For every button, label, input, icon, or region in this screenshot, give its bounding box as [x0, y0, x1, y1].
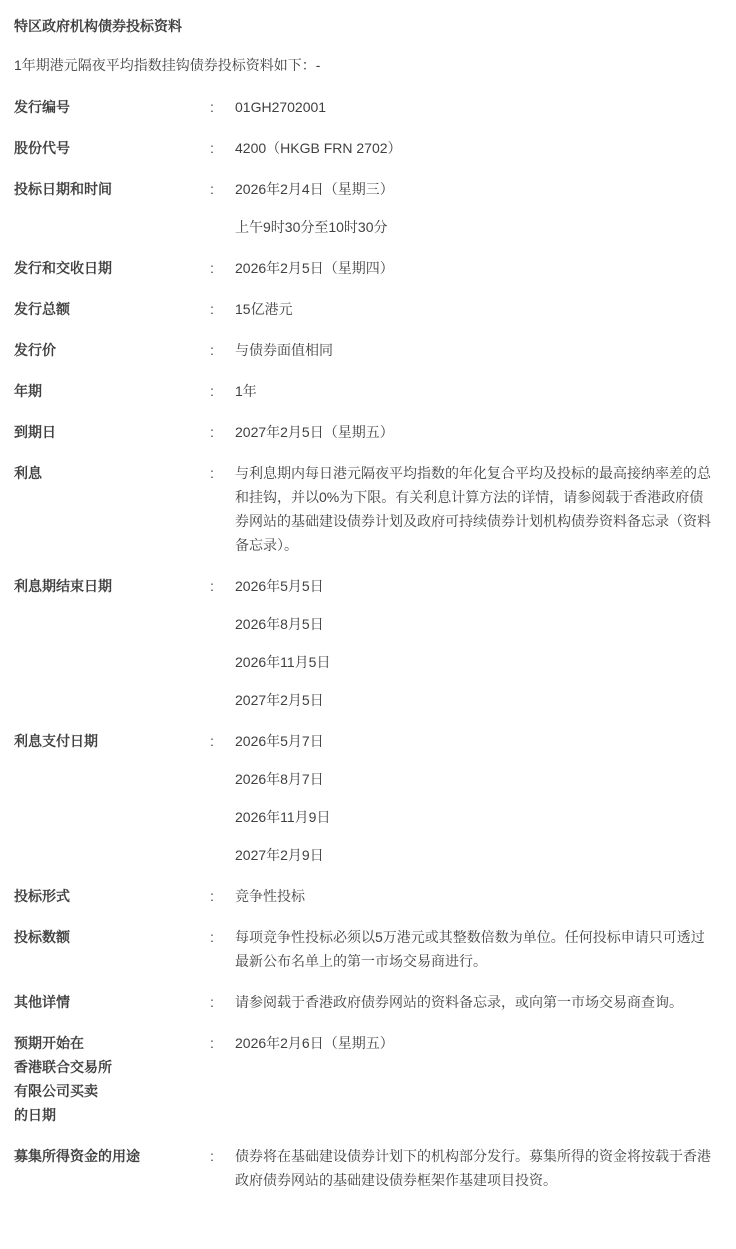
- field-value: 2026年2月4日（星期三） 上午9时30分至10时30分: [235, 177, 716, 239]
- field-value-line: 竞争性投标: [235, 884, 716, 908]
- field-value: 2026年2月6日（星期五）: [235, 1031, 716, 1055]
- field-separator: :: [210, 338, 235, 362]
- field-label: 发行价: [14, 338, 210, 362]
- field-value-line: 与债券面值相同: [235, 338, 716, 362]
- field-value: 1年: [235, 379, 716, 403]
- field-row-issue-amount: 发行总额 : 15亿港元: [14, 297, 716, 321]
- field-separator: :: [210, 420, 235, 444]
- field-value-line: 2026年5月7日: [235, 729, 716, 753]
- field-value: 2026年5月5日 2026年8月5日 2026年11月5日 2027年2月5日: [235, 574, 716, 712]
- field-value-line: 2027年2月5日: [235, 688, 716, 712]
- field-value: 2026年2月5日（星期四）: [235, 256, 716, 280]
- field-separator: :: [210, 136, 235, 160]
- field-separator: :: [210, 177, 235, 201]
- intro-text: 1年期港元隔夜平均指数挂钩债券投标资料如下：-: [14, 53, 716, 77]
- field-value-line: 与利息期内每日港元隔夜平均指数的年化复合平均及投标的最高接纳率差的总和挂钩，并以…: [235, 461, 716, 557]
- field-row-stock-code: 股份代号 : 4200（HKGB FRN 2702）: [14, 136, 716, 160]
- field-value-line: 上午9时30分至10时30分: [235, 215, 716, 239]
- field-separator: :: [210, 884, 235, 908]
- field-label: 投标日期和时间: [14, 177, 210, 201]
- field-label: 利息支付日期: [14, 729, 210, 753]
- field-value: 2027年2月5日（星期五）: [235, 420, 716, 444]
- field-separator: :: [210, 729, 235, 753]
- field-row-tender-date-time: 投标日期和时间 : 2026年2月4日（星期三） 上午9时30分至10时30分: [14, 177, 716, 239]
- field-label: 到期日: [14, 420, 210, 444]
- field-separator: :: [210, 256, 235, 280]
- field-label: 发行和交收日期: [14, 256, 210, 280]
- field-label: 预期开始在 香港联合交易所 有限公司买卖 的日期: [14, 1031, 210, 1127]
- field-value-line: 15亿港元: [235, 297, 716, 321]
- field-value-line: 每项竞争性投标必须以5万港元或其整数倍数为单位。任何投标申请只可透过最新公布名单…: [235, 925, 716, 973]
- field-separator: :: [210, 461, 235, 485]
- field-separator: :: [210, 379, 235, 403]
- field-value: 请参阅载于香港政府债券网站的资料备忘录，或向第一市场交易商查询。: [235, 990, 716, 1014]
- field-row-tender-format: 投标形式 : 竞争性投标: [14, 884, 716, 908]
- field-separator: :: [210, 297, 235, 321]
- field-label: 股份代号: [14, 136, 210, 160]
- field-separator: :: [210, 95, 235, 119]
- field-label: 投标数额: [14, 925, 210, 949]
- field-separator: :: [210, 574, 235, 598]
- field-label: 利息期结束日期: [14, 574, 210, 598]
- field-row-interest-payment-dates: 利息支付日期 : 2026年5月7日 2026年8月7日 2026年11月9日 …: [14, 729, 716, 867]
- field-label: 投标形式: [14, 884, 210, 908]
- field-row-expected-listing-date: 预期开始在 香港联合交易所 有限公司买卖 的日期 : 2026年2月6日（星期五…: [14, 1031, 716, 1127]
- bond-tender-document: 特区政府机构债券投标资料 1年期港元隔夜平均指数挂钩债券投标资料如下：- 发行编…: [0, 0, 736, 1249]
- field-separator: :: [210, 990, 235, 1014]
- field-value-line: 2027年2月9日: [235, 843, 716, 867]
- field-value: 01GH2702001: [235, 95, 716, 119]
- field-row-tenor: 年期 : 1年: [14, 379, 716, 403]
- field-value-line: 01GH2702001: [235, 95, 716, 119]
- field-value: 与利息期内每日港元隔夜平均指数的年化复合平均及投标的最高接纳率差的总和挂钩，并以…: [235, 461, 716, 557]
- field-value-line: 2026年5月5日: [235, 574, 716, 598]
- field-row-use-of-proceeds: 募集所得资金的用途 : 债券将在基础建设债券计划下的机构部分发行。募集所得的资金…: [14, 1144, 716, 1192]
- field-separator: :: [210, 1144, 235, 1168]
- field-value-line: 2026年8月5日: [235, 612, 716, 636]
- field-row-issue-settlement-date: 发行和交收日期 : 2026年2月5日（星期四）: [14, 256, 716, 280]
- field-value: 每项竞争性投标必须以5万港元或其整数倍数为单位。任何投标申请只可透过最新公布名单…: [235, 925, 716, 973]
- field-value-line: 2026年8月7日: [235, 767, 716, 791]
- field-value-line: 2026年11月5日: [235, 650, 716, 674]
- page-title: 特区政府机构债券投标资料: [14, 14, 716, 38]
- field-label: 利息: [14, 461, 210, 485]
- field-value: 债券将在基础建设债券计划下的机构部分发行。募集所得的资金将按载于香港政府债券网站…: [235, 1144, 716, 1192]
- field-row-issue-price: 发行价 : 与债券面值相同: [14, 338, 716, 362]
- field-row-maturity-date: 到期日 : 2027年2月5日（星期五）: [14, 420, 716, 444]
- field-value-line: 2026年2月6日（星期五）: [235, 1031, 716, 1055]
- field-value: 与债券面值相同: [235, 338, 716, 362]
- field-label: 其他详情: [14, 990, 210, 1014]
- field-value: 2026年5月7日 2026年8月7日 2026年11月9日 2027年2月9日: [235, 729, 716, 867]
- field-value-line: 债券将在基础建设债券计划下的机构部分发行。募集所得的资金将按载于香港政府债券网站…: [235, 1144, 716, 1192]
- field-value-line: 1年: [235, 379, 716, 403]
- field-value: 竞争性投标: [235, 884, 716, 908]
- field-separator: :: [210, 925, 235, 949]
- field-value-line: 2026年2月5日（星期四）: [235, 256, 716, 280]
- field-value-line: 请参阅载于香港政府债券网站的资料备忘录，或向第一市场交易商查询。: [235, 990, 716, 1014]
- field-row-interest: 利息 : 与利息期内每日港元隔夜平均指数的年化复合平均及投标的最高接纳率差的总和…: [14, 461, 716, 557]
- field-value-line: 2027年2月5日（星期五）: [235, 420, 716, 444]
- field-row-other-details: 其他详情 : 请参阅载于香港政府债券网站的资料备忘录，或向第一市场交易商查询。: [14, 990, 716, 1014]
- field-value: 4200（HKGB FRN 2702）: [235, 136, 716, 160]
- field-label: 发行编号: [14, 95, 210, 119]
- field-row-interest-period-end-dates: 利息期结束日期 : 2026年5月5日 2026年8月5日 2026年11月5日…: [14, 574, 716, 712]
- field-label: 募集所得资金的用途: [14, 1144, 210, 1168]
- field-row-issue-number: 发行编号 : 01GH2702001: [14, 95, 716, 119]
- field-value: 15亿港元: [235, 297, 716, 321]
- field-label: 发行总额: [14, 297, 210, 321]
- field-value-line: 2026年2月4日（星期三）: [235, 177, 716, 201]
- field-label: 年期: [14, 379, 210, 403]
- field-value-line: 4200（HKGB FRN 2702）: [235, 136, 716, 160]
- field-value-line: 2026年11月9日: [235, 805, 716, 829]
- field-row-tender-amount: 投标数额 : 每项竞争性投标必须以5万港元或其整数倍数为单位。任何投标申请只可透…: [14, 925, 716, 973]
- field-separator: :: [210, 1031, 235, 1055]
